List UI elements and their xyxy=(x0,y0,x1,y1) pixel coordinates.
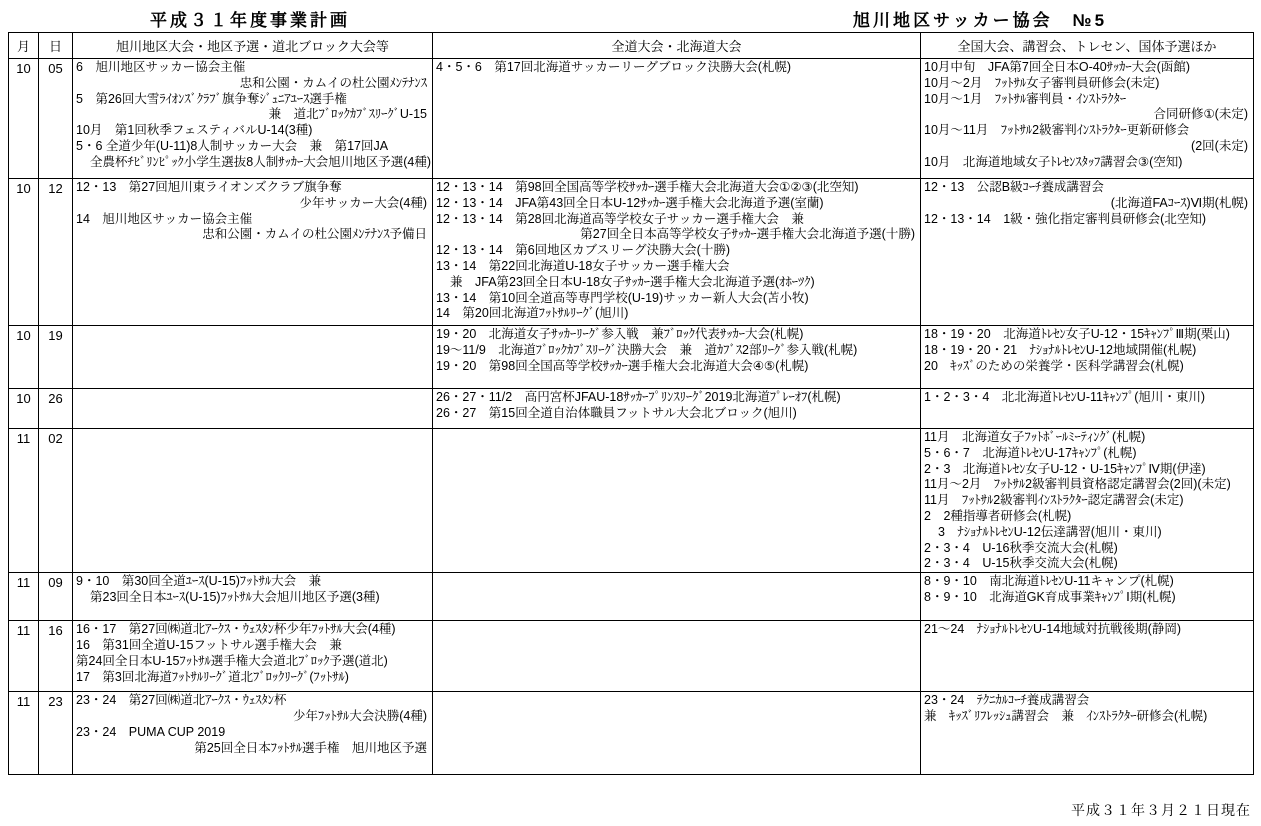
day-cell: 12 xyxy=(39,179,73,326)
event-line: 第25回全日本ﾌｯﾄｻﾙ選手権 旭川地区予選 xyxy=(76,741,429,757)
local-events-cell: 6 旭川地区サッカー協会主催忠和公園・カムイの杜公園ﾒﾝﾃﾅﾝｽ5 第26回大雪… xyxy=(73,59,433,179)
day-cell: 05 xyxy=(39,59,73,179)
event-line: 19～11/9 北海道ﾌﾞﾛｯｸｶﾌﾞｽﾘｰｸﾞ決勝大会 兼 道ｶﾌﾞｽ2部ﾘｰ… xyxy=(436,343,917,359)
schedule-page: 平成３１年度事業計画 旭川地区サッカー協会 №5 月 日 旭川地区大会・地区予選… xyxy=(0,0,1261,775)
col-header-month: 月 xyxy=(9,33,39,59)
event-line: 5・6 全道少年(U-11)8人制サッカー大会 兼 第17回JA xyxy=(76,139,429,155)
regional-events-cell xyxy=(433,429,921,573)
event-line: 14 第20回北海道ﾌｯﾄｻﾙﾘｰｸﾞ(旭川) xyxy=(436,306,917,322)
regional-events-cell: 19・20 北海道女子ｻｯｶｰﾘｰｸﾞ参入戦 兼ﾌﾞﾛｯｸ代表ｻｯｶｰ大会(札幌… xyxy=(433,326,921,389)
month-cell: 11 xyxy=(9,621,39,692)
day-cell: 02 xyxy=(39,429,73,573)
event-line: 9・10 第30回全道ﾕｰｽ(U-15)ﾌｯﾄｻﾙ大会 兼 xyxy=(76,574,429,590)
event-line: 10月～11月 ﾌｯﾄｻﾙ2級審判ｲﾝｽﾄﾗｸﾀｰ更新研修会 xyxy=(924,123,1250,139)
event-line: 14 旭川地区サッカー協会主催 xyxy=(76,212,429,228)
col-header-day: 日 xyxy=(39,33,73,59)
event-line: 11月～2月 ﾌｯﾄｻﾙ2級審判員資格認定講習会(2回)(未定) xyxy=(924,477,1250,493)
month-cell: 10 xyxy=(9,179,39,326)
event-line: 12・13・14 第98回全国高等学校ｻｯｶｰ選手権大会北海道大会①②③(北空知… xyxy=(436,180,917,196)
table-row: 102626・27・11/2 高円宮杯JFAU-18ｻｯｶｰﾌﾟﾘﾝｽﾘｰｸﾞ2… xyxy=(9,389,1254,429)
event-line: 兼 ｷｯｽﾞﾘﾌﾚｯｼｭ講習会 兼 ｲﾝｽﾄﾗｸﾀｰ研修会(札幌) xyxy=(924,709,1250,725)
event-line: 10月～1月 ﾌｯﾄｻﾙ審判員・ｲﾝｽﾄﾗｸﾀｰ xyxy=(924,92,1250,108)
event-line: 20 ｷｯｽﾞのための栄養学・医科学講習会(札幌) xyxy=(924,359,1250,375)
col-header-national: 全国大会、講習会、トレセン、国体予選ほか xyxy=(921,33,1254,59)
event-line: 少年サッカー大会(4種) xyxy=(76,196,429,212)
event-line: 6 旭川地区サッカー協会主催 xyxy=(76,60,429,76)
month-cell: 10 xyxy=(9,389,39,429)
event-line: 16 第31回全道U-15フットサル選手権大会 兼 xyxy=(76,638,429,654)
event-line: 23・24 第27回㈱道北ｱｰｸｽ・ｳｪｽﾀﾝ杯 xyxy=(76,693,429,709)
event-line: 10月 北海道地域女子ﾄﾚｾﾝｽﾀｯﾌ講習会③(空知) xyxy=(924,155,1250,171)
table-row: 101212・13 第27回旭川東ライオンズクラブ旗争奪少年サッカー大会(4種)… xyxy=(9,179,1254,326)
table-row: 10056 旭川地区サッカー協会主催忠和公園・カムイの杜公園ﾒﾝﾃﾅﾝｽ5 第2… xyxy=(9,59,1254,179)
event-line: 2・3・4 U-16秋季交流大会(札幌) xyxy=(924,541,1250,557)
event-line: 23・24 PUMA CUP 2019 xyxy=(76,725,429,741)
event-line: 3 ﾅｼｮﾅﾙﾄﾚｾﾝU-12伝達講習(旭川・東川) xyxy=(924,525,1250,541)
local-events-cell: 23・24 第27回㈱道北ｱｰｸｽ・ｳｪｽﾀﾝ杯少年ﾌｯﾄｻﾙ大会決勝(4種)2… xyxy=(73,692,433,775)
event-line: 12・13・14 第28回北海道高等学校女子サッカー選手権大会 兼 xyxy=(436,212,917,228)
day-cell: 19 xyxy=(39,326,73,389)
event-line: 11月 北海道女子ﾌｯﾄﾎﾞｰﾙﾐｰﾃｨﾝｸﾞ(札幌) xyxy=(924,430,1250,446)
as-of-date: 平成３１年３月２１日現在 xyxy=(1071,800,1251,820)
national-events-cell: 18・19・20 北海道ﾄﾚｾﾝ女子U-12・15ｷｬﾝﾌﾟⅢ期(栗山)18・1… xyxy=(921,326,1254,389)
event-line: (2回(未定) xyxy=(924,139,1250,155)
event-line: 17 第3回北海道ﾌｯﾄｻﾙﾘｰｸﾞ道北ﾌﾞﾛｯｸﾘｰｸﾞ(ﾌｯﾄｻﾙ) xyxy=(76,670,429,686)
event-line: 少年ﾌｯﾄｻﾙ大会決勝(4種) xyxy=(76,709,429,725)
event-line: 12・13・14 JFA第43回全日本U-12ｻｯｶｰ選手権大会北海道予選(室蘭… xyxy=(436,196,917,212)
event-line: 全農杯ﾁﾋﾞﾘﾝﾋﾟｯｸ小学生選抜8人制ｻｯｶｰ大会旭川地区予選(4種) xyxy=(76,155,429,171)
event-line: 16・17 第27回㈱道北ｱｰｸｽ・ｳｪｽﾀﾝ杯少年ﾌｯﾄｻﾙ大会(4種) xyxy=(76,622,429,638)
event-line: 12・13・14 第6回地区カブスリーグ決勝大会(十勝) xyxy=(436,243,917,259)
event-line: 19・20 北海道女子ｻｯｶｰﾘｰｸﾞ参入戦 兼ﾌﾞﾛｯｸ代表ｻｯｶｰ大会(札幌… xyxy=(436,327,917,343)
title-bar: 平成３１年度事業計画 旭川地区サッカー協会 №5 xyxy=(0,0,1261,32)
event-line: 12・13・14 1級・強化指定審判員研修会(北空知) xyxy=(924,212,1250,228)
regional-events-cell: 12・13・14 第98回全国高等学校ｻｯｶｰ選手権大会北海道大会①②③(北空知… xyxy=(433,179,921,326)
national-events-cell: 23・24 ﾃｸﾆｶﾙｺｰﾁ養成講習会兼 ｷｯｽﾞﾘﾌﾚｯｼｭ講習会 兼 ｲﾝｽ… xyxy=(921,692,1254,775)
national-events-cell: 8・9・10 南北海道ﾄﾚｾﾝU-11キャンプ(札幌)8・9・10 北海道GK育… xyxy=(921,573,1254,621)
local-events-cell xyxy=(73,326,433,389)
event-line: 合同研修①(未定) xyxy=(924,107,1250,123)
event-line: 18・19・20・21 ﾅｼｮﾅﾙﾄﾚｾﾝU-12地域開催(札幌) xyxy=(924,343,1250,359)
event-line: 21～24 ﾅｼｮﾅﾙﾄﾚｾﾝU-14地域対抗戦後期(静岡) xyxy=(924,622,1250,638)
local-events-cell: 9・10 第30回全道ﾕｰｽ(U-15)ﾌｯﾄｻﾙ大会 兼第23回全日本ﾕｰｽ(… xyxy=(73,573,433,621)
col-header-local: 旭川地区大会・地区予選・道北ブロック大会等 xyxy=(73,33,433,59)
local-events-cell xyxy=(73,429,433,573)
event-line: 10月 第1回秋季フェスティバルU-14(3種) xyxy=(76,123,429,139)
event-line: 第27回全日本高等学校女子ｻｯｶｰ選手権大会北海道予選(十勝) xyxy=(436,227,917,243)
table-row: 101919・20 北海道女子ｻｯｶｰﾘｰｸﾞ参入戦 兼ﾌﾞﾛｯｸ代表ｻｯｶｰ大… xyxy=(9,326,1254,389)
event-line: 4・5・6 第17回北海道サッカーリーグブロック決勝大会(札幌) xyxy=(436,60,917,76)
day-cell: 26 xyxy=(39,389,73,429)
event-line: 10月～2月 ﾌｯﾄｻﾙ女子審判員研修会(未定) xyxy=(924,76,1250,92)
event-line: 5 第26回大雪ﾗｲｵﾝｽﾞｸﾗﾌﾞ旗争奪ｼﾞｭﾆｱﾕｰｽ選手権 xyxy=(76,92,429,108)
regional-events-cell: 4・5・6 第17回北海道サッカーリーグブロック決勝大会(札幌) xyxy=(433,59,921,179)
regional-events-cell: 26・27・11/2 高円宮杯JFAU-18ｻｯｶｰﾌﾟﾘﾝｽﾘｰｸﾞ2019北… xyxy=(433,389,921,429)
local-events-cell: 16・17 第27回㈱道北ｱｰｸｽ・ｳｪｽﾀﾝ杯少年ﾌｯﾄｻﾙ大会(4種)16 … xyxy=(73,621,433,692)
event-line: 第24回全日本U-15ﾌｯﾄｻﾙ選手権大会道北ﾌﾞﾛｯｸ予選(道北) xyxy=(76,654,429,670)
month-cell: 11 xyxy=(9,692,39,775)
month-cell: 11 xyxy=(9,573,39,621)
header-row: 月 日 旭川地区大会・地区予選・道北ブロック大会等 全道大会・北海道大会 全国大… xyxy=(9,33,1254,59)
local-events-cell xyxy=(73,389,433,429)
event-line: 26・27・11/2 高円宮杯JFAU-18ｻｯｶｰﾌﾟﾘﾝｽﾘｰｸﾞ2019北… xyxy=(436,390,917,406)
month-cell: 10 xyxy=(9,326,39,389)
event-line: 2・3・4 U-15秋季交流大会(札幌) xyxy=(924,556,1250,572)
day-cell: 16 xyxy=(39,621,73,692)
table-row: 110211月 北海道女子ﾌｯﾄﾎﾞｰﾙﾐｰﾃｨﾝｸﾞ(札幌)5・6・7 北海道… xyxy=(9,429,1254,573)
national-events-cell: 21～24 ﾅｼｮﾅﾙﾄﾚｾﾝU-14地域対抗戦後期(静岡) xyxy=(921,621,1254,692)
regional-events-cell xyxy=(433,621,921,692)
table-row: 112323・24 第27回㈱道北ｱｰｸｽ・ｳｪｽﾀﾝ杯少年ﾌｯﾄｻﾙ大会決勝(… xyxy=(9,692,1254,775)
month-cell: 10 xyxy=(9,59,39,179)
national-events-cell: 12・13 公認B級ｺｰﾁ養成講習会(北海道FAｺｰｽ)Ⅵ期(札幌)12・13・… xyxy=(921,179,1254,326)
event-line: 5・6・7 北海道ﾄﾚｾﾝU-17ｷｬﾝﾌﾟ(札幌) xyxy=(924,446,1250,462)
event-line: 11月 ﾌｯﾄｻﾙ2級審判ｲﾝｽﾄﾗｸﾀｰ認定講習会(未定) xyxy=(924,493,1250,509)
event-line: 忠和公園・カムイの杜公園ﾒﾝﾃﾅﾝｽ xyxy=(76,76,429,92)
event-line: 兼 JFA第23回全日本U-18女子ｻｯｶｰ選手権大会北海道予選(ｵﾎｰﾂｸ) xyxy=(436,275,917,291)
org-title: 旭川地区サッカー協会 №5 xyxy=(853,6,1107,31)
event-line: (北海道FAｺｰｽ)Ⅵ期(札幌) xyxy=(924,196,1250,212)
event-line: 2・3 北海道ﾄﾚｾﾝ女子U-12・U-15ｷｬﾝﾌﾟⅣ期(伊達) xyxy=(924,462,1250,478)
month-cell: 11 xyxy=(9,429,39,573)
national-events-cell: 1・2・3・4 北北海道ﾄﾚｾﾝU-11ｷｬﾝﾌﾟ(旭川・東川) xyxy=(921,389,1254,429)
event-line: 18・19・20 北海道ﾄﾚｾﾝ女子U-12・15ｷｬﾝﾌﾟⅢ期(栗山) xyxy=(924,327,1250,343)
table-row: 111616・17 第27回㈱道北ｱｰｸｽ・ｳｪｽﾀﾝ杯少年ﾌｯﾄｻﾙ大会(4種… xyxy=(9,621,1254,692)
event-line: 26・27 第15回全道自治体職員フットサル大会北ブロック(旭川) xyxy=(436,406,917,422)
regional-events-cell xyxy=(433,692,921,775)
event-line: 8・9・10 北海道GK育成事業ｷｬﾝﾌﾟⅠ期(札幌) xyxy=(924,590,1250,606)
day-cell: 09 xyxy=(39,573,73,621)
event-line: 23・24 ﾃｸﾆｶﾙｺｰﾁ養成講習会 xyxy=(924,693,1250,709)
regional-events-cell xyxy=(433,573,921,621)
table-row: 11099・10 第30回全道ﾕｰｽ(U-15)ﾌｯﾄｻﾙ大会 兼第23回全日本… xyxy=(9,573,1254,621)
event-line: 8・9・10 南北海道ﾄﾚｾﾝU-11キャンプ(札幌) xyxy=(924,574,1250,590)
table-header: 月 日 旭川地区大会・地区予選・道北ブロック大会等 全道大会・北海道大会 全国大… xyxy=(9,33,1254,59)
national-events-cell: 11月 北海道女子ﾌｯﾄﾎﾞｰﾙﾐｰﾃｨﾝｸﾞ(札幌)5・6・7 北海道ﾄﾚｾﾝ… xyxy=(921,429,1254,573)
national-events-cell: 10月中旬 JFA第7回全日本O-40ｻｯｶｰ大会(函館)10月～2月 ﾌｯﾄｻ… xyxy=(921,59,1254,179)
event-line: 19・20 第98回全国高等学校ｻｯｶｰ選手権大会北海道大会④⑤(札幌) xyxy=(436,359,917,375)
day-cell: 23 xyxy=(39,692,73,775)
schedule-table: 月 日 旭川地区大会・地区予選・道北ブロック大会等 全道大会・北海道大会 全国大… xyxy=(8,32,1254,775)
event-line: 13・14 第10回全道高等専門学校(U-19)サッカー新人大会(苫小牧) xyxy=(436,291,917,307)
event-line: 12・13 第27回旭川東ライオンズクラブ旗争奪 xyxy=(76,180,429,196)
event-line: 12・13 公認B級ｺｰﾁ養成講習会 xyxy=(924,180,1250,196)
event-line: 13・14 第22回北海道U-18女子サッカー選手権大会 xyxy=(436,259,917,275)
col-header-regional: 全道大会・北海道大会 xyxy=(433,33,921,59)
event-line: 10月中旬 JFA第7回全日本O-40ｻｯｶｰ大会(函館) xyxy=(924,60,1250,76)
event-line: 忠和公園・カムイの杜公園ﾒﾝﾃﾅﾝｽ予備日 xyxy=(76,227,429,243)
page-title: 平成３１年度事業計画 xyxy=(150,6,350,31)
event-line: 第23回全日本ﾕｰｽ(U-15)ﾌｯﾄｻﾙ大会旭川地区予選(3種) xyxy=(76,590,429,606)
table-body: 10056 旭川地区サッカー協会主催忠和公園・カムイの杜公園ﾒﾝﾃﾅﾝｽ5 第2… xyxy=(9,59,1254,775)
local-events-cell: 12・13 第27回旭川東ライオンズクラブ旗争奪少年サッカー大会(4種)14 旭… xyxy=(73,179,433,326)
event-line: 兼 道北ﾌﾞﾛｯｸｶﾌﾞｽﾘｰｸﾞU-15 xyxy=(76,107,429,123)
event-line: 1・2・3・4 北北海道ﾄﾚｾﾝU-11ｷｬﾝﾌﾟ(旭川・東川) xyxy=(924,390,1250,406)
event-line: 2 2種指導者研修会(札幌) xyxy=(924,509,1250,525)
